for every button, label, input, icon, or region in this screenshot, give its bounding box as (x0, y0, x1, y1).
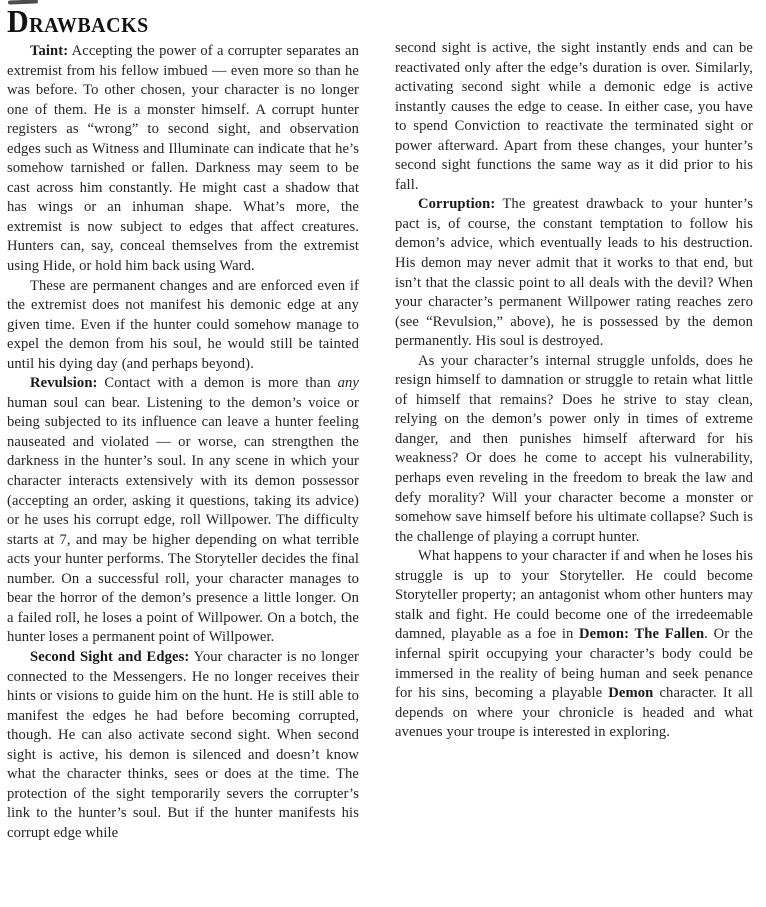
italic-run: any (338, 375, 359, 391)
text-run: These are permanent changes and are enfo… (7, 278, 359, 372)
text-run: As your character’s internal struggle un… (395, 353, 753, 545)
bold-run: Taint: (30, 43, 68, 59)
paragraph: Second Sight and Edges: Your character i… (7, 648, 359, 843)
text-run: Accepting the power of a corrupter separ… (7, 43, 359, 274)
left-column-text: Taint: Accepting the power of a corrupte… (7, 42, 359, 843)
section-title: Drawbacks (7, 8, 359, 41)
right-column-text: second sight is active, the sight instan… (395, 39, 753, 743)
text-run: Your character is no longer connected to… (7, 649, 359, 841)
bold-run: Second Sight and Edges: (30, 649, 189, 665)
paragraph: Taint: Accepting the power of a corrupte… (7, 42, 359, 277)
paragraph: What happens to your character if and wh… (395, 547, 753, 742)
paragraph: As your character’s internal struggle un… (395, 352, 753, 547)
two-column-layout: Drawbacks Taint: Accepting the power of … (7, 6, 760, 843)
paragraph: second sight is active, the sight instan… (395, 39, 753, 195)
right-column: second sight is active, the sight instan… (395, 6, 753, 743)
text-run: second sight is active, the sight instan… (395, 40, 753, 193)
bold-run: Revulsion: (30, 375, 98, 391)
paragraph: Revulsion: Contact with a demon is more … (7, 374, 359, 648)
paragraph: These are permanent changes and are enfo… (7, 277, 359, 375)
text-run: The greatest drawback to your hunter’s p… (395, 196, 753, 349)
text-run: Contact with a demon is more than (98, 375, 338, 391)
left-column: Drawbacks Taint: Accepting the power of … (7, 6, 359, 843)
bold-run: Corruption: (418, 196, 495, 212)
book-page: Drawbacks Taint: Accepting the power of … (0, 0, 766, 907)
bold-run: Demon (608, 685, 653, 701)
text-run: human soul can bear. Listening to the de… (7, 395, 359, 646)
scan-smudge (8, 0, 38, 5)
paragraph: Corruption: The greatest drawback to you… (395, 195, 753, 351)
bold-run: Demon: The Fallen (579, 626, 704, 642)
